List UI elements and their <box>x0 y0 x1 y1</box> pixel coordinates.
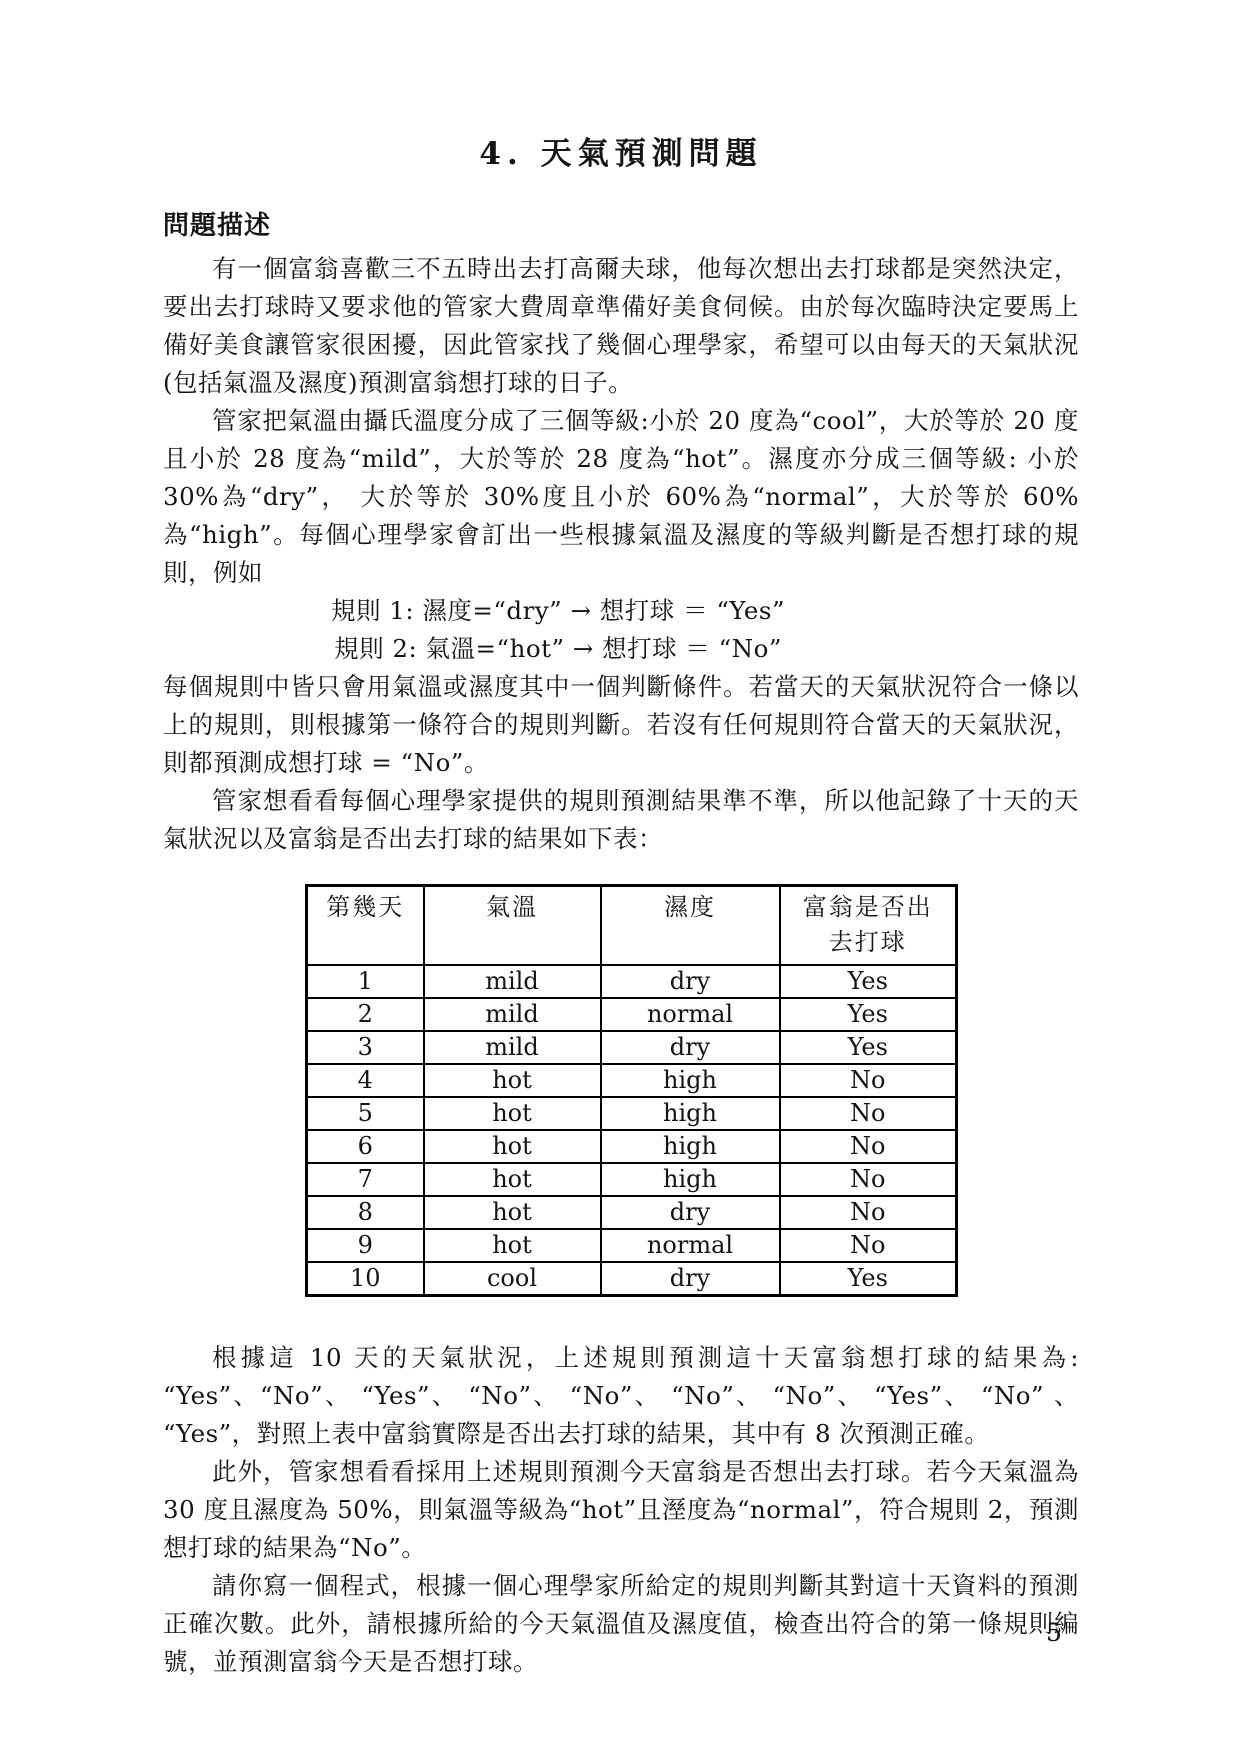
table-cell: hot <box>424 1163 601 1196</box>
table-cell: 5 <box>307 1097 424 1130</box>
table-cell: 9 <box>307 1229 424 1262</box>
paragraph-rule-note: 每個規則中皆只會用氣溫或濕度其中一個判斷條件。若當天的天氣狀況符合一條以上的規則… <box>163 668 1079 782</box>
table-cell: high <box>601 1130 780 1163</box>
table-cell: high <box>601 1163 780 1196</box>
table-cell: No <box>780 1097 957 1130</box>
table-cell: No <box>780 1163 957 1196</box>
weather-table-head: 第幾天氣溫濕度富翁是否出去打球 <box>307 886 957 966</box>
section-heading: 問題描述 <box>163 205 1079 242</box>
table-cell: 3 <box>307 1031 424 1064</box>
table-cell: Yes <box>780 998 957 1031</box>
table-cell: 1 <box>307 965 424 998</box>
weather-table: 第幾天氣溫濕度富翁是否出去打球 1milddryYes2mildnormalYe… <box>305 884 958 1297</box>
table-row: 7hothighNo <box>307 1163 957 1196</box>
table-cell: cool <box>424 1262 601 1296</box>
table-cell: Yes <box>780 965 957 998</box>
table-cell: dry <box>601 1031 780 1064</box>
table-cell: mild <box>424 998 601 1031</box>
paragraph-levels: 管家把氣溫由攝氏溫度分成了三個等級:小於 20 度為“cool”，大於等於 20… <box>163 402 1079 592</box>
rule-2: 規則 2: 氣溫=“hot” → 想打球 ＝ “No” <box>163 630 953 668</box>
table-cell: dry <box>601 1262 780 1296</box>
paragraph-today-example: 此外，管家想看看採用上述規則預測今天富翁是否想出去打球。若今天氣溫為 30 度且… <box>163 1453 1079 1567</box>
table-cell: No <box>780 1229 957 1262</box>
table-cell: high <box>601 1064 780 1097</box>
rules-block: 規則 1: 濕度=“dry” → 想打球 ＝ “Yes” 規則 2: 氣溫=“h… <box>163 592 953 668</box>
table-header-row: 第幾天氣溫濕度富翁是否出去打球 <box>307 886 957 966</box>
table-header-cell: 氣溫 <box>424 886 601 966</box>
rule-1: 規則 1: 濕度=“dry” → 想打球 ＝ “Yes” <box>163 592 953 630</box>
document-page: 4. 天氣預測問題 問題描述 有一個富翁喜歡三不五時出去打高爾夫球，他每次想出去… <box>0 0 1240 1754</box>
table-row: 4hothighNo <box>307 1064 957 1097</box>
table-row: 8hotdryNo <box>307 1196 957 1229</box>
paragraph-record: 管家想看看每個心理學家提供的規則預測結果準不準，所以他記錄了十天的天氣狀況以及富… <box>163 782 1079 858</box>
weather-table-body: 1milddryYes2mildnormalYes3milddryYes4hot… <box>307 965 957 1296</box>
table-cell: dry <box>601 965 780 998</box>
table-row: 3milddryYes <box>307 1031 957 1064</box>
table-cell: normal <box>601 1229 780 1262</box>
table-cell: Yes <box>780 1031 957 1064</box>
table-cell: high <box>601 1097 780 1130</box>
table-cell: 10 <box>307 1262 424 1296</box>
table-cell: 2 <box>307 998 424 1031</box>
page-content: 4. 天氣預測問題 問題描述 有一個富翁喜歡三不五時出去打高爾夫球，他每次想出去… <box>163 128 1079 1681</box>
table-cell: hot <box>424 1229 601 1262</box>
table-cell: dry <box>601 1196 780 1229</box>
table-cell: hot <box>424 1196 601 1229</box>
table-cell: hot <box>424 1064 601 1097</box>
table-row: 1milddryYes <box>307 965 957 998</box>
table-row: 5hothighNo <box>307 1097 957 1130</box>
paragraph-prediction-result: 根據這 10 天的天氣狀況，上述規則預測這十天富翁想打球的結果為: “Yes”、… <box>163 1339 1079 1453</box>
table-cell: mild <box>424 1031 601 1064</box>
table-cell: No <box>780 1064 957 1097</box>
table-cell: hot <box>424 1130 601 1163</box>
table-cell: mild <box>424 965 601 998</box>
table-cell: Yes <box>780 1262 957 1296</box>
paragraph-task: 請你寫一個程式，根據一個心理學家所給定的規則判斷其對這十天資料的預測正確次數。此… <box>163 1567 1079 1681</box>
table-row: 2mildnormalYes <box>307 998 957 1031</box>
table-row: 6hothighNo <box>307 1130 957 1163</box>
table-cell: 7 <box>307 1163 424 1196</box>
table-cell: 4 <box>307 1064 424 1097</box>
table-cell: No <box>780 1196 957 1229</box>
page-title: 4. 天氣預測問題 <box>163 128 1079 173</box>
table-header-cell: 第幾天 <box>307 886 424 966</box>
table-cell: No <box>780 1130 957 1163</box>
paragraph-intro: 有一個富翁喜歡三不五時出去打高爾夫球，他每次想出去打球都是突然決定，要出去打球時… <box>163 250 1079 402</box>
table-row: 9hotnormalNo <box>307 1229 957 1262</box>
table-cell: 8 <box>307 1196 424 1229</box>
table-header-cell: 富翁是否出去打球 <box>780 886 957 966</box>
page-number: 5 <box>1046 1618 1062 1647</box>
table-cell: 6 <box>307 1130 424 1163</box>
table-cell: hot <box>424 1097 601 1130</box>
table-row: 10cooldryYes <box>307 1262 957 1296</box>
table-header-cell: 濕度 <box>601 886 780 966</box>
table-cell: normal <box>601 998 780 1031</box>
